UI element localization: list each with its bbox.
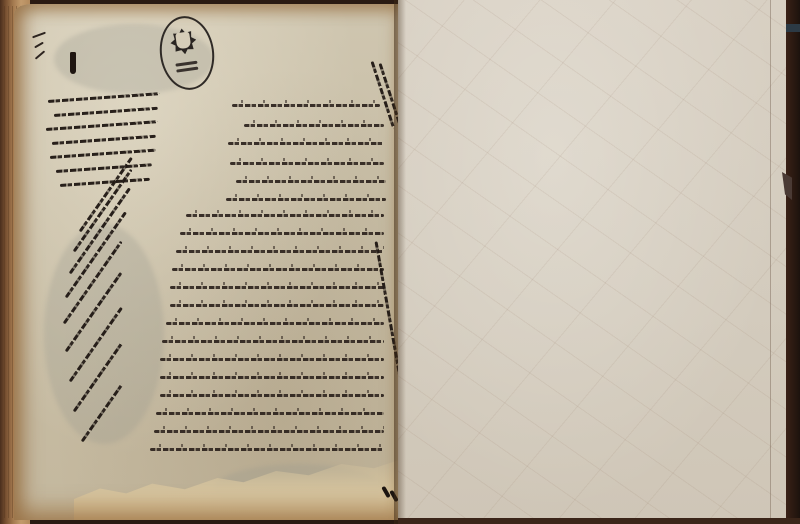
cover-board-right <box>786 0 800 524</box>
page-inner-edge <box>770 0 771 518</box>
cover-board-bottom <box>398 518 800 524</box>
text-line <box>170 286 384 289</box>
text-line <box>176 250 384 253</box>
text-line <box>160 376 384 379</box>
text-line <box>150 448 384 451</box>
page-edge-discoloration <box>14 4 400 520</box>
text-line <box>186 214 384 217</box>
text-line <box>226 198 386 201</box>
manuscript-spread <box>0 0 800 524</box>
ink-blot <box>70 52 76 74</box>
right-page <box>398 0 786 518</box>
text-line <box>232 104 380 107</box>
text-line <box>154 430 384 433</box>
text-line <box>170 304 384 307</box>
text-line <box>236 180 386 183</box>
text-line <box>160 394 384 397</box>
text-line <box>228 142 384 145</box>
text-line <box>172 268 384 271</box>
seal-inscription <box>175 61 197 67</box>
text-line <box>244 124 384 127</box>
gutter-shadow <box>394 0 406 524</box>
text-line <box>180 232 384 235</box>
text-line <box>230 162 384 165</box>
text-line <box>166 322 384 325</box>
cover-board-strip <box>786 24 800 32</box>
text-line <box>162 340 384 343</box>
text-line <box>160 358 384 361</box>
paper-fibers <box>398 0 786 518</box>
text-line <box>156 412 384 415</box>
left-page <box>14 4 400 520</box>
